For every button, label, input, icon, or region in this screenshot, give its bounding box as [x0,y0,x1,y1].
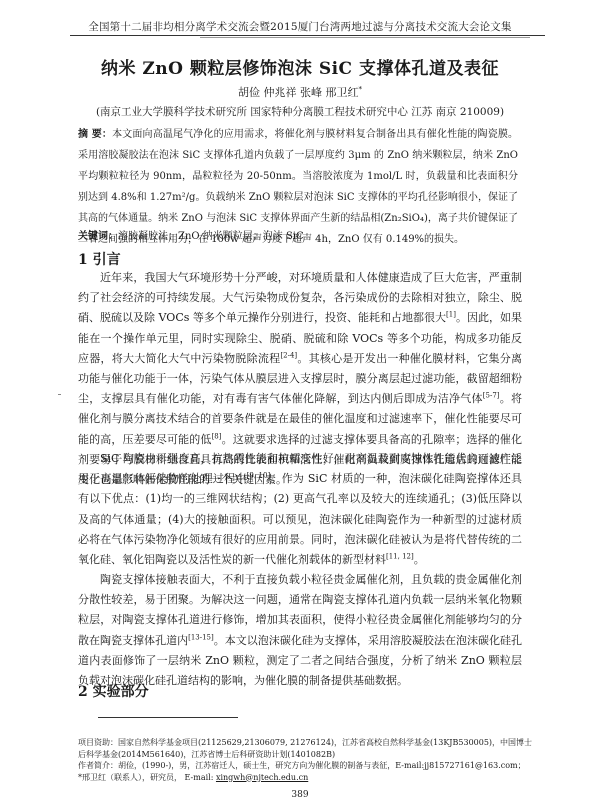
keywords-text: 溶胶凝胶法；ZnO 纳米颗粒层；泡沫 SiC [118,231,304,242]
author-bio-text: 胡俭，(1990-)，男，江苏宿迁人，硕士生，研究方向为催化膜的制备与表征，E-… [118,761,526,770]
corresponding-author-mark: * [359,85,363,93]
citation-ref: [1] [446,311,456,319]
header-rule [70,35,545,36]
citation-ref: [9, 10] [247,472,271,480]
paper-page: 全国第十二届非均相分离学术交流会暨2015厦门台湾两地过滤与分离技术交流大会论文… [0,0,600,807]
author-names: 胡俭 仲兆祥 张峰 邢卫红 [238,86,359,99]
intro-paragraph-3: 陶瓷支撑体接触表面大，不利于直接负载小粒径贵金属催化剂，且负载的贵金属催化剂分散… [78,570,522,691]
author-list: 胡俭 仲兆祥 张峰 邢卫红* [0,84,600,100]
citation-ref: [13-15] [188,633,214,641]
corresponding-author-text: *邢卫红（联系人），研究员， E-mail: [78,773,216,782]
header-rule-secondary [200,37,530,38]
keywords: 关键词：溶胶凝胶法；ZnO 纳米颗粒层；泡沫 SiC [78,227,518,242]
paragraph-text: 。 [414,553,425,566]
scan-artifact [58,394,61,395]
funding-note: 项目资助：国家自然科学基金项目(21125629,21306079, 21276… [78,737,538,760]
citation-ref: [2-4] [280,351,297,359]
paper-title: 纳米 ZnO 颗粒层修饰泡沫 SiC 支撑体孔道及表征 [0,54,600,79]
keywords-label: 关键词： [78,231,118,242]
funding-label: 项目资助： [78,738,118,747]
author-bio-note: 作者简介：胡俭，(1990-)，男，江苏宿迁人，硕士生，研究方向为催化膜的制备与… [78,760,538,772]
citation-ref: [5-7] [483,392,500,400]
intro-paragraph-2: SiC 陶瓷由于强度高，抗热震性能和抗蠕变性好，耐高温及耐腐蚀性性能优良而被广泛… [78,449,522,570]
section-heading-introduction: 1 引言 [78,249,121,269]
corresponding-email-link[interactable]: xingwh@njtech.edu.cn [216,773,308,782]
funding-text: 国家自然科学基金项目(21125629,21306079, 21276124)，… [78,738,532,759]
citation-ref: [8] [212,432,222,440]
running-head: 全国第十二届非均相分离学术交流会暨2015厦门台湾两地过滤与分离技术交流大会论文… [70,19,530,34]
footnote-rule [98,717,238,718]
affiliation: (南京工业大学膜科学技术研究所 国家特种分离膜工程技术研究中心 江苏 南京 21… [0,104,600,119]
paragraph-text: 。作为 SiC 材质的一种，泡沫碳化硅陶瓷撑体还具有以下优点：(1)均一的三维网… [78,472,522,566]
corresponding-author-note: *邢卫红（联系人），研究员， E-mail: xingwh@njtech.edu… [78,772,538,784]
footnotes: 项目资助：国家自然科学基金项目(21125629,21306079, 21276… [78,737,538,783]
section-heading-experimental: 2 实验部分 [78,681,149,701]
citation-ref: [11, 12] [386,552,414,560]
author-bio-label: 作者简介： [78,761,118,770]
page-number: 389 [0,790,600,800]
abstract-label: 摘 要： [78,129,112,140]
